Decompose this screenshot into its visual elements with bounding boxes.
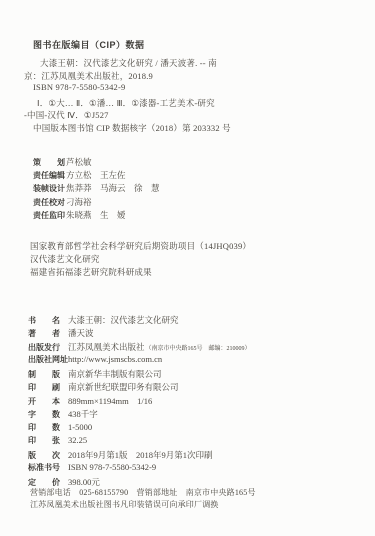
credit-value: 刁海裕 (66, 197, 92, 207)
detail-value: 南京新世纪联盟印务有限公司 (68, 382, 179, 392)
detail-row-printrun: 印 数1-5000 (28, 422, 251, 436)
detail-value: 438千字 (68, 409, 98, 419)
detail-row-format: 开 本889mm×1194mm 1/16 (28, 395, 251, 409)
credit-row: 装帧设计焦莽莽 马海云 徐 慧 (33, 182, 160, 195)
cip-record-line-2: 京：江苏凤凰美术出版社，2018.9 (24, 70, 153, 82)
detail-label: 标准书号 (28, 462, 68, 473)
detail-label: 开 本 (28, 396, 68, 407)
cip-class-line-1: Ⅰ．①大… Ⅱ．①潘… Ⅲ．①漆器-工艺美术-研究 (37, 97, 215, 109)
detail-row-wordcount: 字 数438千字 (28, 408, 251, 422)
credit-row: 策 划芦松敏 (33, 156, 160, 169)
detail-row-author: 著 者潘天波 (28, 327, 251, 341)
detail-row-sheets: 印 张32.25 (28, 435, 251, 449)
credit-row: 责任校对刁海裕 (33, 196, 160, 209)
detail-value: ISBN 978-7-5580-5342-9 (68, 462, 156, 472)
footer-line-exchange: 江苏凤凰美术出版社图书凡印装错误可向承印厂调换 (30, 499, 256, 512)
detail-row-publisher: 出版发行江苏凤凰美术出版社（南京市中央路165号 邮编：210009） (28, 341, 251, 355)
credit-label: 责任校对 (33, 197, 66, 208)
cip-class-line-2: -中国-汉代 Ⅳ．①J527 (24, 109, 109, 121)
detail-label: 印 数 (28, 422, 68, 433)
detail-value: http://www.jsmscbs.com.cn (68, 354, 162, 364)
footer-line-marketing: 营销部电话 025-68155790 营销部地址 南京市中央路165号 (30, 487, 256, 500)
detail-value: 大漆王朝：汉代漆艺文化研究 (68, 315, 179, 325)
grant-line: 汉代漆艺文化研究 (30, 253, 251, 266)
credit-row: 责任监印朱晓燕 生 嫒 (33, 209, 160, 222)
detail-row-title: 书 名大漆王朝：汉代漆艺文化研究 (28, 314, 251, 328)
grants-block: 国家教育部哲学社会科学研究后期资助项目（14JHQ039） 汉代漆艺文化研究 福… (30, 240, 251, 280)
credit-value: 焦莽莽 马海云 徐 慧 (66, 183, 160, 193)
detail-value: 398.00元 (68, 477, 100, 487)
cip-registry-line: 中国版本图书馆 CIP 数据核字（2018）第 203332 号 (33, 122, 231, 134)
grant-line: 福建省拓福漆艺研究院科研成果 (30, 266, 251, 279)
credit-value: 芦松敏 (66, 157, 92, 167)
detail-label: 印 刷 (28, 382, 68, 393)
detail-label: 书 名 (28, 315, 68, 326)
detail-label: 字 数 (28, 409, 68, 420)
detail-value: 南京新华丰制版有限公司 (68, 369, 162, 379)
book-colophon-page: 图书在版编目（CIP）数据 大漆王朝：汉代漆艺文化研究 / 潘天波著. -- 南… (0, 0, 375, 536)
detail-row-printer: 印 刷南京新世纪联盟印务有限公司 (28, 381, 251, 395)
detail-value: 2018年9月第1版 2018年9月第1次印刷 (68, 450, 213, 460)
detail-label: 出版社网址 (28, 354, 68, 365)
detail-value: 889mm×1194mm 1/16 (68, 396, 152, 406)
detail-value: 江苏凤凰美术出版社 (68, 342, 145, 352)
detail-label: 出版发行 (28, 342, 68, 353)
credit-value: 方立松 王左佐 (66, 170, 126, 180)
cip-header: 图书在版编目（CIP）数据 (33, 38, 145, 51)
detail-label: 版 次 (28, 450, 68, 461)
credit-label: 责任监印 (33, 210, 66, 221)
detail-value: 1-5000 (68, 422, 92, 432)
credit-label: 装帧设计 (33, 183, 66, 194)
detail-row-platemaking: 制 版南京新华丰制版有限公司 (28, 368, 251, 382)
cip-record-line-1: 大漆王朝：汉代漆艺文化研究 / 潘天波著. -- 南 (40, 57, 217, 69)
publication-details-block: 书 名大漆王朝：汉代漆艺文化研究 著 者潘天波 出版发行江苏凤凰美术出版社（南京… (28, 314, 251, 490)
detail-label: 制 版 (28, 369, 68, 380)
detail-value: 潘天波 (68, 328, 94, 338)
detail-row-website: 出版社网址http://www.jsmscbs.com.cn (28, 354, 251, 368)
detail-row-edition: 版 次2018年9月第1版 2018年9月第1次印刷 (28, 449, 251, 463)
detail-value: 32.25 (68, 435, 87, 445)
detail-label: 著 者 (28, 328, 68, 339)
publisher-address-note: （南京市中央路165号 邮编：210009） (146, 346, 251, 352)
cip-isbn-line: ISBN 978-7-5580-5342-9 (33, 82, 125, 92)
footer-block: 营销部电话 025-68155790 营销部地址 南京市中央路165号 江苏凤凰… (30, 487, 256, 512)
credit-label: 责任编辑 (33, 170, 66, 181)
credit-row: 责任编辑方立松 王左佐 (33, 169, 160, 182)
credit-value: 朱晓燕 生 嫒 (66, 210, 126, 220)
credits-block: 策 划芦松敏 责任编辑方立松 王左佐 装帧设计焦莽莽 马海云 徐 慧 责任校对刁… (33, 156, 160, 222)
credit-label: 策 划 (33, 157, 66, 168)
grant-line: 国家教育部哲学社会科学研究后期资助项目（14JHQ039） (30, 240, 251, 253)
detail-row-isbn: 标准书号ISBN 978-7-5580-5342-9 (28, 462, 251, 476)
detail-label: 印 张 (28, 435, 68, 446)
